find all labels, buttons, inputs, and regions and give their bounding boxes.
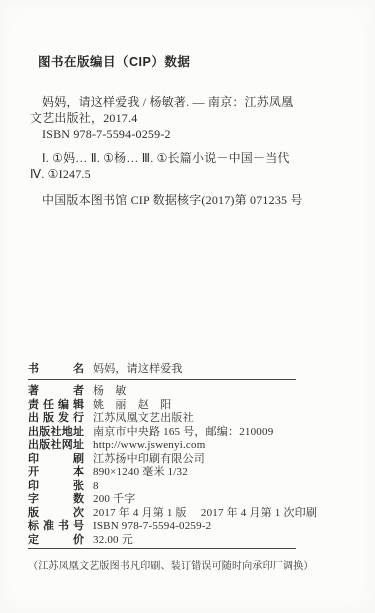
book-copyright-page: 图书在版编目（CIP）数据 妈妈，请这样爱我 / 杨敏著. — 南京：江苏凤凰 … (0, 0, 375, 613)
row-value: 南京市中央路 165 号，邮编：210009 (93, 426, 296, 440)
table-row-word-count: 字数 200 千字 (28, 493, 296, 507)
cip-classification-line2: Ⅳ. ①I247.5 (30, 166, 340, 182)
reprint-note: （江苏凤凰文艺版图书凡印刷、装订错误可随时向承印厂调换） (28, 557, 296, 572)
row-label: 出版发行 (28, 412, 84, 426)
row-label: 印刷 (28, 453, 84, 467)
cip-entry-line2: 文艺出版社，2017.4 (30, 110, 340, 126)
row-value: http://www.jswenyi.com (93, 439, 296, 453)
cip-entry-line1: 妈妈，请这样爱我 / 杨敏著. — 南京：江苏凤凰 (30, 94, 340, 110)
row-value: 32.00 元 (93, 534, 296, 548)
cip-heading: 图书在版编目（CIP）数据 (38, 54, 340, 70)
row-value: 江苏扬中印刷有限公司 (93, 453, 296, 467)
row-value: 姚 丽 赵 阳 (93, 399, 296, 413)
table-row-isbn: 标准书号 ISBN 978-7-5594-0259-2 (28, 520, 296, 534)
cip-isbn-line: ISBN 978-7-5594-0259-2 (30, 126, 340, 142)
table-row-editor: 责任编辑 姚 丽 赵 阳 (28, 399, 296, 413)
table-row-author: 著者 杨 敏 (28, 385, 296, 399)
divider-top (28, 379, 296, 380)
row-label: 责任编辑 (28, 399, 84, 413)
row-label: 出版社地址 (28, 426, 84, 440)
row-label: 定价 (28, 534, 84, 548)
row-value: 8 (93, 480, 296, 494)
row-value: 妈妈，请这样爱我 (93, 362, 296, 377)
row-label: 印张 (28, 480, 84, 494)
cip-section: 图书在版编目（CIP）数据 妈妈，请这样爱我 / 杨敏著. — 南京：江苏凤凰 … (30, 54, 340, 208)
row-label: 出版社网址 (28, 439, 84, 453)
table-row-printer: 印刷 江苏扬中印刷有限公司 (28, 453, 296, 467)
table-row-publisher: 出版发行 江苏凤凰文艺出版社 (28, 412, 296, 426)
cip-body: 妈妈，请这样爱我 / 杨敏著. — 南京：江苏凤凰 文艺出版社，2017.4 I… (30, 94, 340, 208)
divider-bottom (28, 548, 296, 549)
row-label: 标准书号 (28, 520, 84, 534)
table-row-publisher-address: 出版社地址 南京市中央路 165 号，邮编：210009 (28, 426, 296, 440)
cip-record-number-line: 中国版本图书馆 CIP 数据核字(2017)第 071235 号 (30, 192, 340, 208)
row-label: 版次 (28, 507, 84, 521)
table-row-publisher-website: 出版社网址 http://www.jswenyi.com (28, 439, 296, 453)
table-row-edition: 版次 2017 年 4 月第 1 版 2017 年 4 月第 1 次印刷 (28, 507, 296, 521)
row-value: 杨 敏 (93, 385, 296, 399)
cip-classification-line1: Ⅰ. ①妈… Ⅱ. ①杨… Ⅲ. ①长篇小说－中国－当代 (30, 150, 340, 166)
table-row-format: 开本 890×1240 毫米 1/32 (28, 466, 296, 480)
row-value: 890×1240 毫米 1/32 (93, 466, 296, 480)
row-value: ISBN 978-7-5594-0259-2 (93, 520, 296, 534)
row-label: 开本 (28, 466, 84, 480)
row-label: 书名 (28, 362, 84, 377)
row-value: 2017 年 4 月第 1 版 2017 年 4 月第 1 次印刷 (93, 507, 317, 521)
row-value: 200 千字 (93, 493, 296, 507)
colophon-rows: 著者 杨 敏 责任编辑 姚 丽 赵 阳 出版发行 江苏凤凰文艺出版社 出版社地址… (28, 385, 296, 547)
row-value: 江苏凤凰文艺出版社 (93, 412, 296, 426)
row-label: 字数 (28, 493, 84, 507)
table-row-book-title: 书名 妈妈，请这样爱我 (28, 356, 296, 377)
colophon-section: 书名 妈妈，请这样爱我 著者 杨 敏 责任编辑 姚 丽 赵 阳 出版发行 江苏凤… (28, 356, 296, 572)
table-row-price: 定价 32.00 元 (28, 534, 296, 548)
row-label: 著者 (28, 385, 84, 399)
table-row-sheets: 印张 8 (28, 480, 296, 494)
